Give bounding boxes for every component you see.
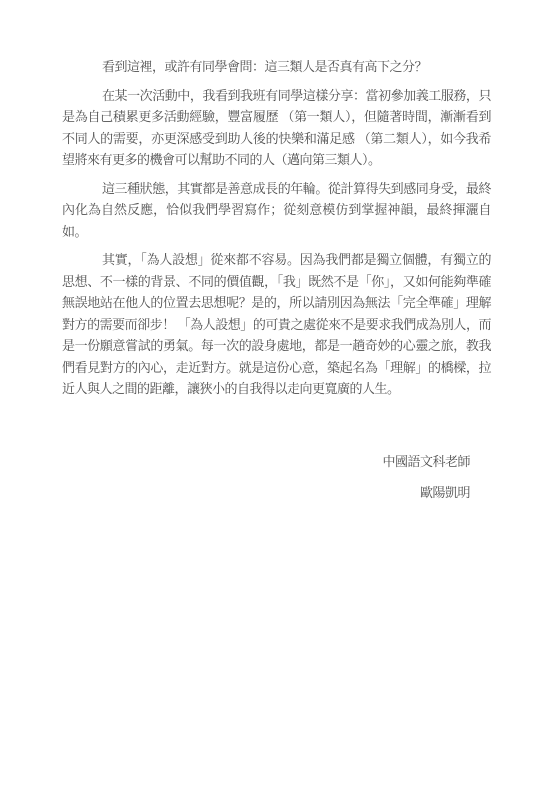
- paragraph-three-states: 這三種狀態，其實都是善意成長的年輪。從計算得失到感同身受，最終內化為自然反應，恰…: [62, 178, 491, 243]
- paragraph-empathy-conclusion: 其實，「為人設想」從來都不容易。因為我們都是獨立個體，有獨立的思想、不一樣的背景…: [62, 249, 491, 400]
- signature-name: 歐陽凱明: [62, 481, 470, 505]
- signature-role: 中國語文科老師: [62, 450, 470, 474]
- paragraph-activity-sharing: 在某一次活動中，我看到我班有同學這樣分享：當初參加義工服務，只是為自己積累更多活…: [62, 85, 491, 171]
- document-body: 看到這裡，或許有同學會問：這三類人是否真有高下之分？ 在某一次活動中，我看到我班…: [62, 56, 491, 505]
- document-page: 看到這裡，或許有同學會問：這三類人是否真有高下之分？ 在某一次活動中，我看到我班…: [0, 0, 555, 785]
- signature-block: 中國語文科老師 歐陽凱明: [62, 450, 491, 505]
- paragraph-question: 看到這裡，或許有同學會問：這三類人是否真有高下之分？: [62, 56, 491, 78]
